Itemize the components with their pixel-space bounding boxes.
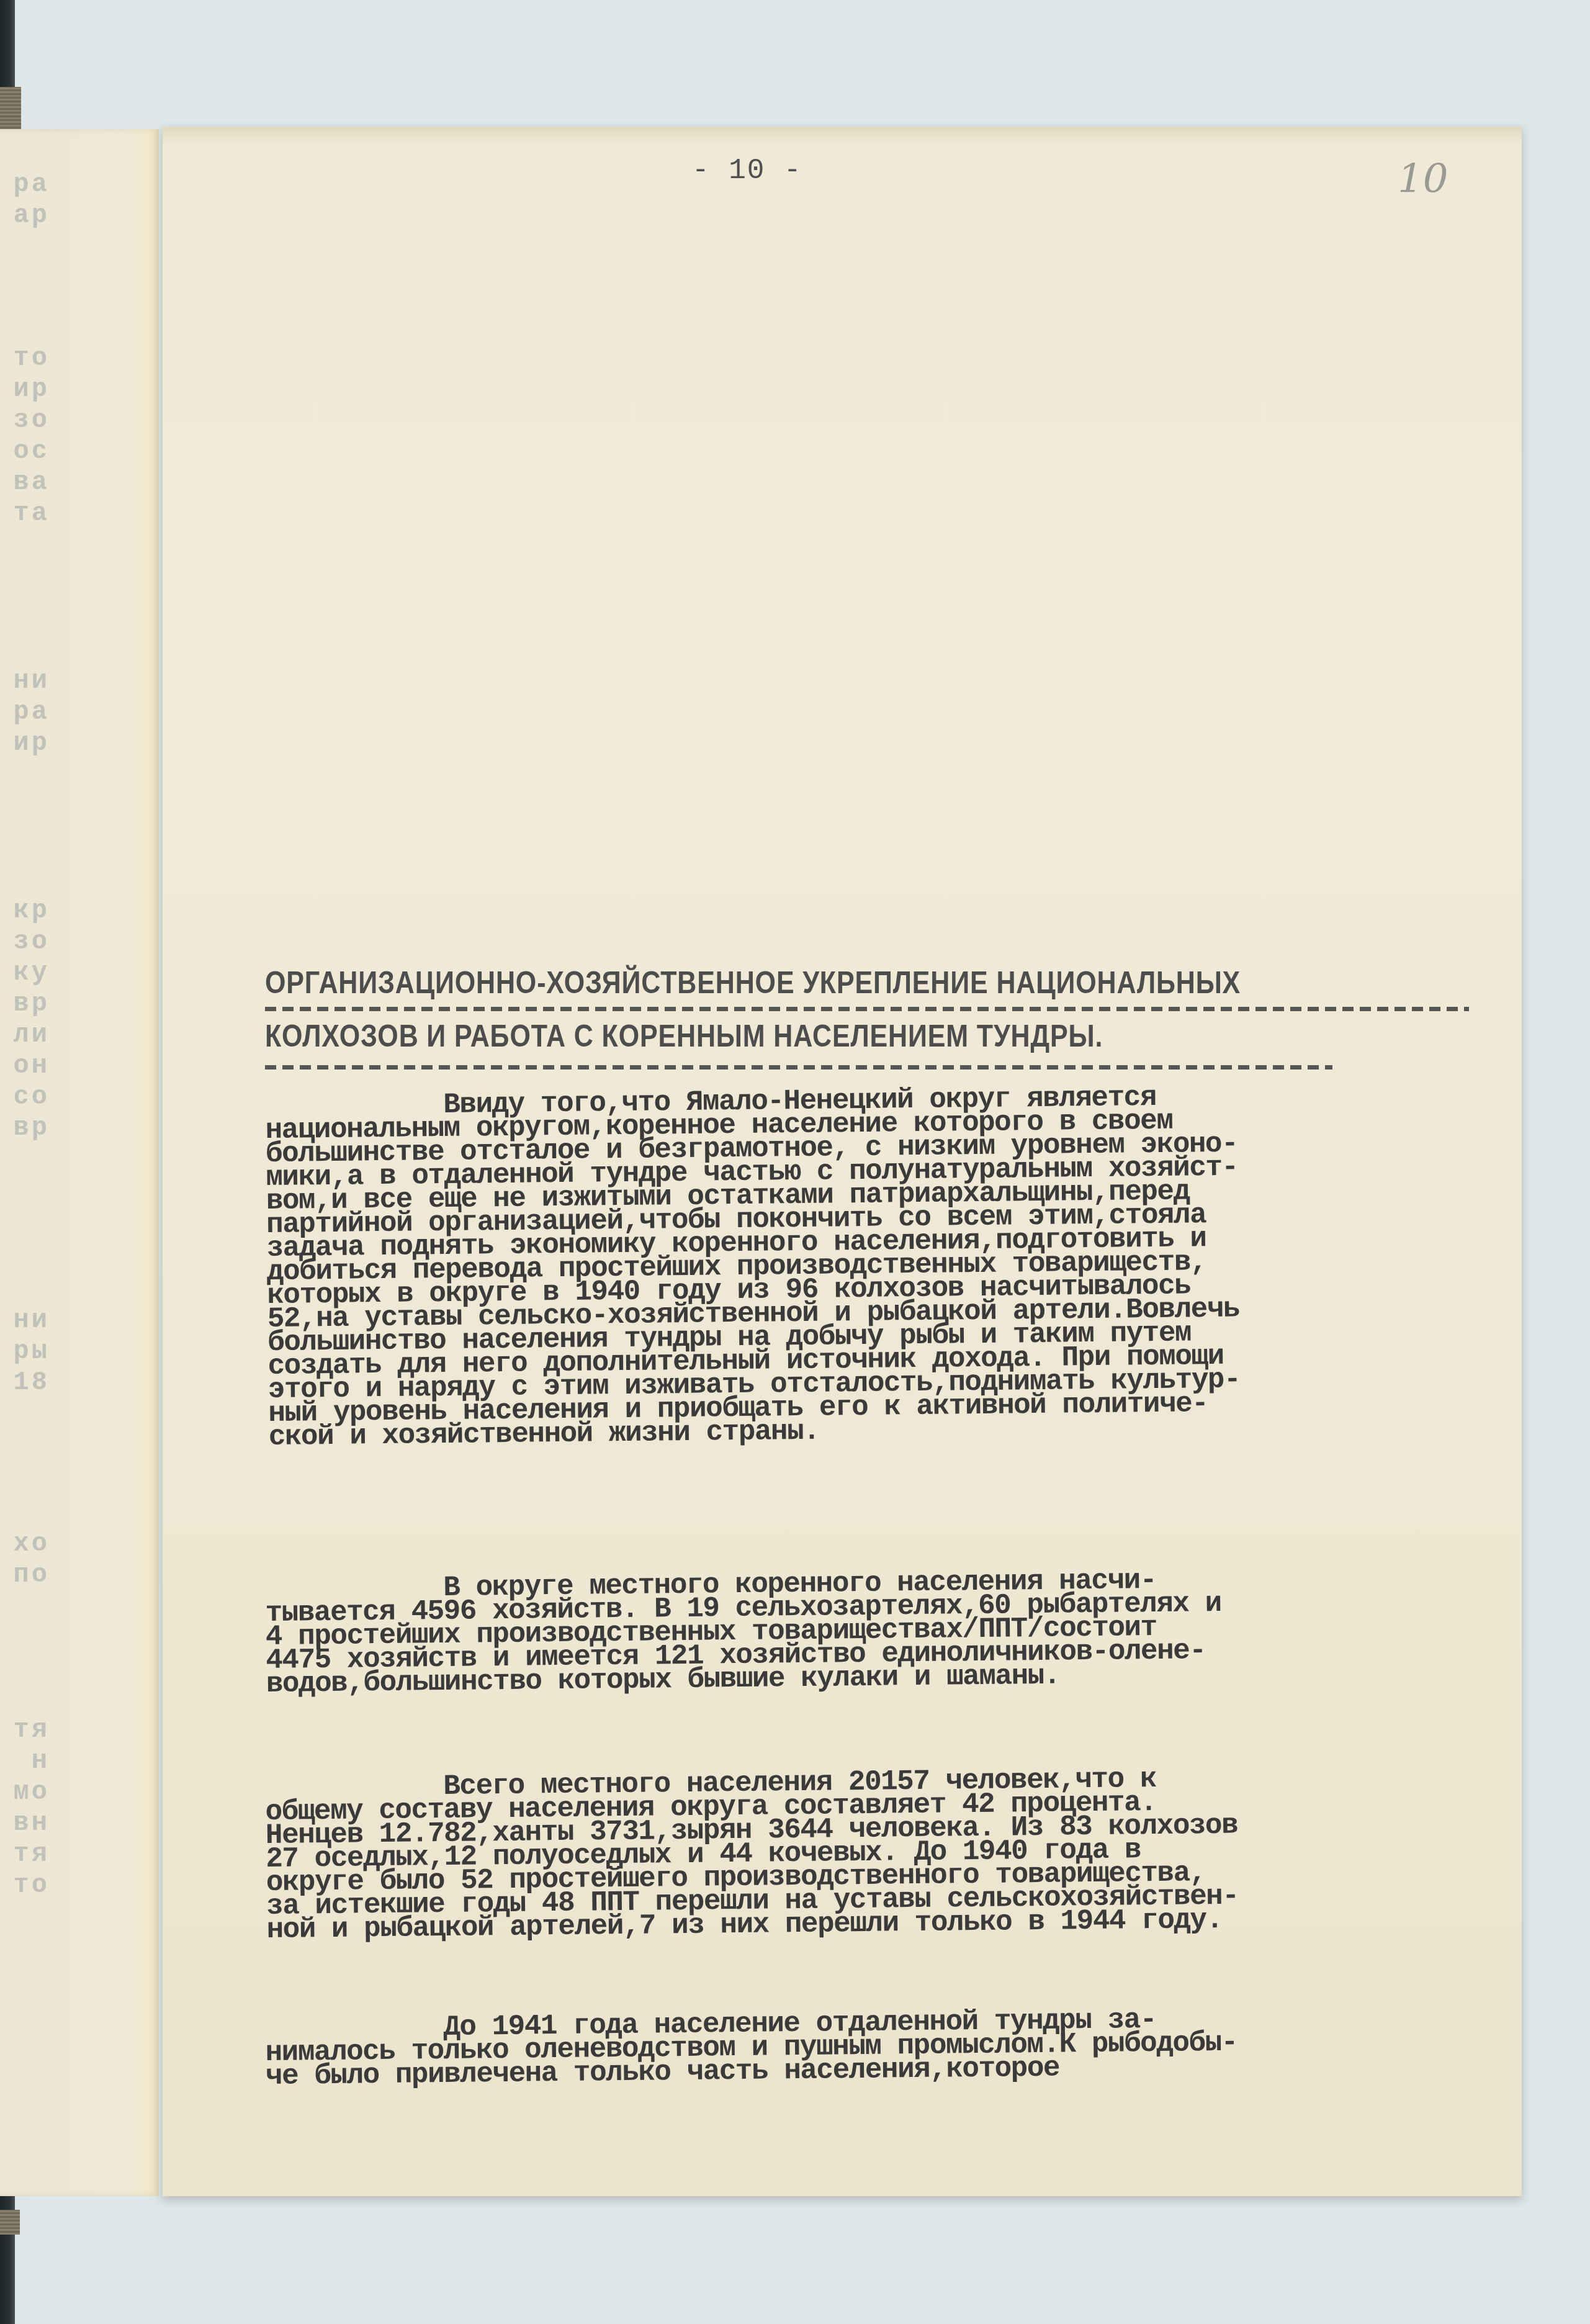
ghost-fragment: вр xyxy=(0,1110,50,1146)
document-page: - 10 - 10 ОРГАНИЗАЦИОННО-ХОЗЯЙСТВЕННОЕ У… xyxy=(163,127,1522,2196)
ghost-fragment: 18 xyxy=(0,1364,50,1400)
heading-underline-2 xyxy=(265,1065,1332,1070)
ghost-fragment: ар xyxy=(0,197,50,233)
section-heading-line-1: ОРГАНИЗАЦИОННО-ХОЗЯЙСТВЕННОЕ УКРЕПЛЕНИЕ … xyxy=(265,965,1241,1001)
page-top-edge xyxy=(163,127,1522,145)
paragraph-1: Ввиду того,что Ямало-Ненецкий округ явля… xyxy=(265,1083,1479,1449)
ghost-fragment: та xyxy=(0,495,50,531)
binder-tape-bottom xyxy=(0,2210,20,2235)
paragraph-4: До 1941 года население отдаленной тундры… xyxy=(265,2005,1476,2088)
paragraph-2: В округе местного коренного населения на… xyxy=(265,1565,1476,1696)
ghost-fragment: ир xyxy=(0,725,50,761)
typed-page-number: - 10 - xyxy=(692,155,802,187)
section-heading-line-2: КОЛХОЗОВ И РАБОТА С КОРЕННЫМ НАСЕЛЕНИЕМ … xyxy=(265,1018,1103,1054)
heading-underline-1 xyxy=(265,1007,1469,1011)
ghost-fragment: то xyxy=(0,1867,50,1903)
ghost-fragment: по xyxy=(0,1557,50,1593)
paragraph-3: Всего местного населения 20157 человек,ч… xyxy=(265,1764,1477,1942)
previous-page-edge: раартоирзоосватанираиркрзокуврлионсоврни… xyxy=(0,129,159,2196)
handwritten-page-number: 10 xyxy=(1398,156,1448,202)
binder-tape-top xyxy=(0,87,21,130)
